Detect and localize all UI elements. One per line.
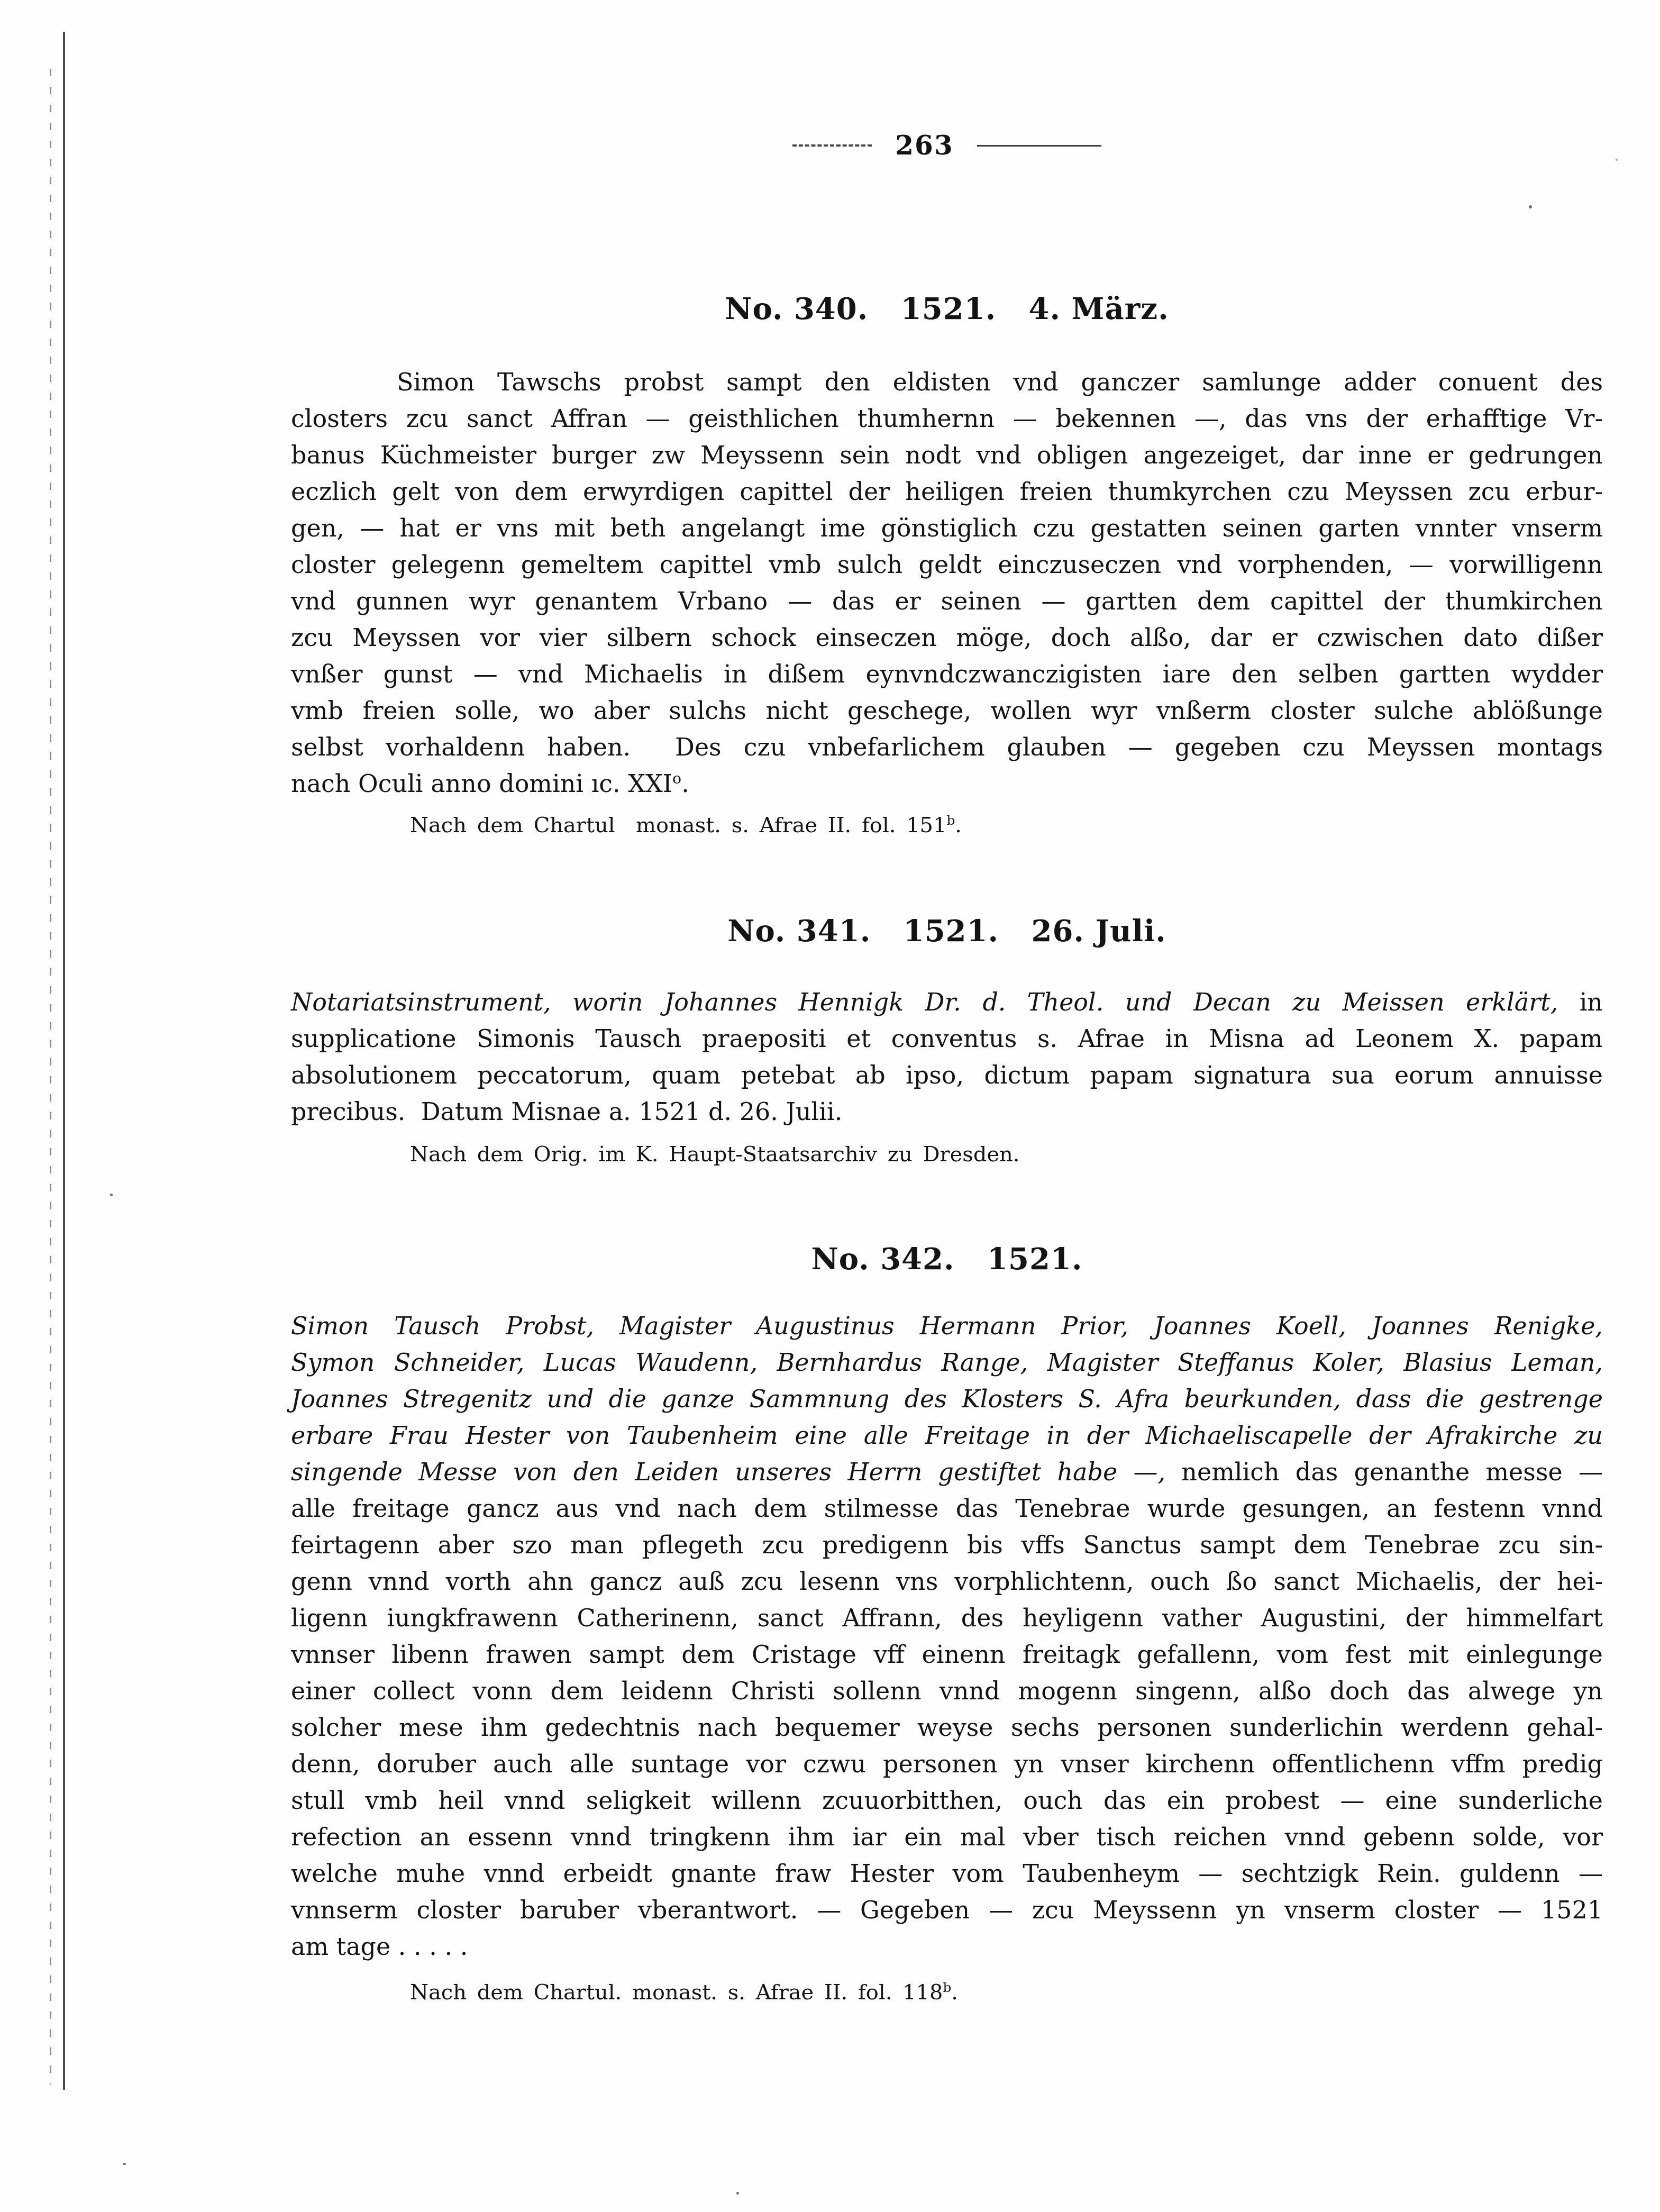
entry-342-body: Simon Tausch Probst, Magister Augustinus… <box>291 1308 1603 1965</box>
text-line: vmb freien solle, wo aber sulchs nicht g… <box>291 693 1603 729</box>
text-segment: alle freitage gancz aus vnd nach dem sti… <box>291 1494 1603 1523</box>
text-segment: vnnser libenn frawen sampt dem Cristage … <box>291 1640 1603 1669</box>
binding-line-dashed <box>50 69 51 2084</box>
text-segment: welche muhe vnnd erbeidt gnante fraw Hes… <box>291 1859 1603 1888</box>
text-line: vnd gunnen wyr genantem Vrbano — das er … <box>291 583 1603 620</box>
entry-342-heading: No. 342. 1521. <box>291 1242 1603 1276</box>
text-segment: Nach dem Chartul. monast. s. Afrae II. f… <box>410 1980 943 2005</box>
text-segment: absolutionem peccatorum, quam petebat ab… <box>291 1061 1603 1089</box>
text-segment: Notariatsinstrument, worin Johannes Henn… <box>291 988 1558 1016</box>
entry-341-source-note: Nach dem Orig. im K. Haupt-Staatsarchiv … <box>291 1141 1603 1168</box>
text-segment: gen, — hat er vns mit beth angelangt ime… <box>291 514 1603 542</box>
text-segment: b <box>943 1980 951 1995</box>
text-segment: eczlich gelt von dem erwyrdigen capittel… <box>291 477 1603 506</box>
text-segment: ligenn iungkfrawenn Catherinenn, sanct A… <box>291 1604 1603 1632</box>
text-segment: solcher mese ihm gedechtnis nach bequeme… <box>291 1713 1603 1742</box>
text-line: Joannes Stregenitz und die ganze Sammnun… <box>291 1381 1603 1417</box>
text-line: solcher mese ihm gedechtnis nach bequeme… <box>291 1709 1603 1746</box>
text-line: erbare Frau Hester von Taubenheim eine a… <box>291 1417 1603 1454</box>
scan-speck <box>110 1194 113 1196</box>
text-line: genn vnnd vorth ahn gancz auß zcu lesenn… <box>291 1563 1603 1600</box>
text-line: denn, doruber auch alle suntage vor czwu… <box>291 1746 1603 1782</box>
text-segment: nach Oculi anno domini ıc. XXI <box>291 769 672 798</box>
text-segment: closter gelegenn gemeltem capittel vmb s… <box>291 550 1603 579</box>
text-segment: . <box>681 769 689 798</box>
text-line: stull vmb heil vnnd seligkeit willenn zc… <box>291 1782 1603 1819</box>
page-number: 263 <box>895 127 953 164</box>
entry-340-heading: No. 340. 1521. 4. März. <box>291 292 1603 326</box>
text-line: vnnserm closter baruber vberantwort. — G… <box>291 1892 1603 1928</box>
text-segment: Simon Tawschs probst sampt den eldisten … <box>397 368 1603 396</box>
text-segment: zcu Meyssen vor vier silbern schock eins… <box>291 623 1603 652</box>
text-line: vnnser libenn frawen sampt dem Cristage … <box>291 1636 1603 1673</box>
text-line: Symon Schneider, Lucas Waudenn, Bernhard… <box>291 1344 1603 1381</box>
entry-341-heading: No. 341. 1521. 26. Juli. <box>291 914 1603 948</box>
text-segment: refection an essenn vnnd tringkenn ihm i… <box>291 1823 1603 1851</box>
text-line: einer collect vonn dem leidenn Christi s… <box>291 1673 1603 1709</box>
text-line: absolutionem peccatorum, quam petebat ab… <box>291 1057 1603 1094</box>
text-segment: Symon Schneider, Lucas Waudenn, Bernhard… <box>291 1348 1603 1377</box>
text-line: nach Oculi anno domini ıc. XXIo. <box>291 766 1603 802</box>
text-line: supplicatione Simonis Tausch praepositi … <box>291 1021 1603 1057</box>
scan-speck <box>1616 159 1618 161</box>
header-rule-left <box>792 144 872 147</box>
text-segment: Simon Tausch Probst, Magister Augustinus… <box>291 1312 1603 1340</box>
text-segment: erbare Frau Hester von Taubenheim eine a… <box>291 1421 1603 1450</box>
entry-341-body: Notariatsinstrument, worin Johannes Henn… <box>291 984 1603 1130</box>
entry-342-source-note: Nach dem Chartul. monast. s. Afrae II. f… <box>291 1979 1603 2006</box>
text-segment: . <box>951 1980 958 2005</box>
text-line: banus Küchmeister burger zw Meyssenn sei… <box>291 437 1603 474</box>
text-segment: selbst vorhaldenn haben. Des czu vnbefar… <box>291 733 1603 761</box>
text-line: precibus. Datum Misnae a. 1521 d. 26. Ju… <box>291 1094 1603 1130</box>
text-line: Simon Tausch Probst, Magister Augustinus… <box>291 1308 1603 1344</box>
text-segment: . <box>955 813 962 838</box>
text-segment: singende Messe von den Leiden unseres He… <box>291 1458 1165 1486</box>
text-line: zcu Meyssen vor vier silbern schock eins… <box>291 620 1603 656</box>
text-line: alle freitage gancz aus vnd nach dem sti… <box>291 1490 1603 1527</box>
text-segment: stull vmb heil vnnd seligkeit willenn zc… <box>291 1786 1603 1815</box>
text-line: welche muhe vnnd erbeidt gnante fraw Hes… <box>291 1855 1603 1892</box>
text-line: Notariatsinstrument, worin Johannes Henn… <box>291 984 1603 1021</box>
text-segment: feirtagenn aber szo man pflegeth zcu pre… <box>291 1531 1603 1559</box>
text-segment: am tage . . . . . <box>291 1932 468 1961</box>
text-segment: supplicatione Simonis Tausch praepositi … <box>291 1024 1603 1053</box>
text-segment: Nach dem Orig. im K. Haupt-Staatsarchiv … <box>410 1142 1020 1167</box>
text-segment: nemlich das genanthe messe — <box>1165 1458 1603 1486</box>
text-segment: closters zcu sanct Affran — geisthlichen… <box>291 404 1603 433</box>
text-segment: b <box>946 813 955 828</box>
text-segment: banus Küchmeister burger zw Meyssenn sei… <box>291 441 1603 469</box>
header-rule-right <box>977 145 1101 147</box>
scan-speck <box>123 2163 126 2165</box>
scanned-book-page: 263 No. 340. 1521. 4. März. Simon Tawsch… <box>0 0 1660 2212</box>
text-segment: o <box>672 770 681 787</box>
text-line: ligenn iungkfrawenn Catherinenn, sanct A… <box>291 1600 1603 1636</box>
text-segment: vmb freien solle, wo aber sulchs nicht g… <box>291 696 1603 725</box>
text-segment: precibus. Datum Misnae a. 1521 d. 26. Ju… <box>291 1097 842 1126</box>
text-line: feirtagenn aber szo man pflegeth zcu pre… <box>291 1527 1603 1563</box>
page-header: 263 <box>291 127 1603 164</box>
text-segment: genn vnnd vorth ahn gancz auß zcu lesenn… <box>291 1567 1603 1596</box>
text-segment: Nach dem Chartul monast. s. Afrae II. fo… <box>410 813 946 838</box>
text-line: refection an essenn vnnd tringkenn ihm i… <box>291 1819 1603 1855</box>
text-segment: vnßer gunst — vnd Michaelis in dißem eyn… <box>291 660 1603 688</box>
text-segment: vnd gunnen wyr genantem Vrbano — das er … <box>291 587 1603 615</box>
text-line: closter gelegenn gemeltem capittel vmb s… <box>291 547 1603 583</box>
text-line: singende Messe von den Leiden unseres He… <box>291 1454 1603 1490</box>
text-segment: Joannes Stregenitz und die ganze Sammnun… <box>291 1385 1603 1413</box>
text-line: Simon Tawschs probst sampt den eldisten … <box>291 364 1603 400</box>
text-segment: einer collect vonn dem leidenn Christi s… <box>291 1677 1603 1705</box>
binding-line-solid <box>63 32 65 2090</box>
scan-speck <box>736 2192 739 2195</box>
text-line: closters zcu sanct Affran — geisthlichen… <box>291 400 1603 437</box>
text-line: am tage . . . . . <box>291 1928 1603 1965</box>
text-segment: denn, doruber auch alle suntage vor czwu… <box>291 1750 1603 1778</box>
scan-speck <box>1529 205 1532 208</box>
text-segment: in <box>1558 988 1603 1016</box>
text-line: gen, — hat er vns mit beth angelangt ime… <box>291 510 1603 547</box>
text-line: selbst vorhaldenn haben. Des czu vnbefar… <box>291 729 1603 766</box>
entry-340-source-note: Nach dem Chartul monast. s. Afrae II. fo… <box>291 812 1603 839</box>
entry-340-body: Simon Tawschs probst sampt den eldisten … <box>291 364 1603 802</box>
text-line: vnßer gunst — vnd Michaelis in dißem eyn… <box>291 656 1603 693</box>
text-line: eczlich gelt von dem erwyrdigen capittel… <box>291 474 1603 510</box>
text-segment: vnnserm closter baruber vberantwort. — G… <box>291 1896 1603 1924</box>
